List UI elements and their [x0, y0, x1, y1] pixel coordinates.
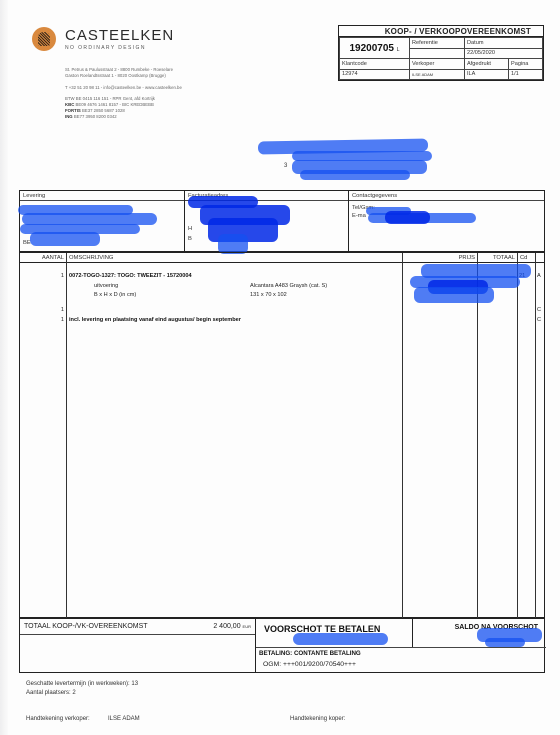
row-2-cd: C	[537, 307, 541, 314]
klantcode-label: Klantcode	[340, 59, 410, 70]
bank-ing: ING BE77 3950 8200 0342	[65, 114, 182, 120]
redaction-facturatie	[218, 234, 248, 254]
items-table: AANTAL OMSCHRIJVING PRIJS TOTAAL Cd 1 00…	[19, 252, 545, 618]
col-prijs: PRIJS	[404, 253, 477, 263]
company-logo: CASTEELKEN NO ORDINARY DESIGN	[32, 27, 174, 51]
company-details: St. Petrus & Paulusstraat 2 - 8800 Rumbe…	[65, 67, 182, 120]
redaction-addressee	[300, 170, 410, 180]
verkoper-label: Verkoper	[410, 59, 465, 70]
pagina-label: Pagina	[509, 59, 543, 70]
referentie-label: Referentie	[410, 38, 465, 49]
col-totaal: TOTAAL	[479, 253, 517, 263]
levering-label: Levering	[20, 191, 184, 201]
row-1-aantal: 1	[20, 273, 64, 280]
redaction-voorschot	[293, 633, 388, 645]
klantcode-value: 12974	[340, 69, 410, 80]
seller-name: ILSE ADAM	[108, 716, 140, 722]
page-edge-shadow	[0, 0, 8, 735]
seller-signature-label: Handtekening verkoper:	[26, 716, 90, 722]
company-name: CASTEELKEN	[65, 28, 174, 43]
row-1-detail-value: 131 x 70 x 102	[250, 292, 287, 299]
afgedrukt-value: ILA	[465, 69, 509, 80]
company-address-1: St. Petrus & Paulusstraat 2 - 8800 Rumbe…	[65, 67, 182, 73]
column-divider	[402, 253, 403, 619]
verkoper-value: ILSE ADAM	[410, 69, 465, 80]
column-divider	[477, 253, 478, 619]
col-cd: Cd	[520, 253, 527, 263]
row-3-aantal: 1	[20, 317, 64, 324]
afgedrukt-label: Afgedrukt	[465, 59, 509, 70]
company-address-2: Gaston Roelandtsstraat 1 - 8020 Oostkamp…	[65, 73, 182, 79]
document-page: CASTEELKEN NO ORDINARY DESIGN St. Petrus…	[0, 0, 560, 735]
datum-label: Datum	[465, 38, 543, 49]
items-table-header: AANTAL OMSCHRIJVING PRIJS TOTAAL Cd	[20, 253, 544, 263]
row-3-omschrijving: incl. levering en plaatsing vanaf eind a…	[69, 317, 241, 324]
col-omschrijving: OMSCHRIJVING	[69, 253, 113, 263]
total-amount: 2 400,00 EUR	[213, 619, 251, 635]
row-1-omschrijving: 0072-TOGO-1327: TOGO: TWEEZIT - 15720004	[69, 273, 192, 280]
pagina-value: 1/1	[509, 69, 543, 80]
col-aantal: AANTAL	[22, 253, 64, 263]
row-1-cd: A	[537, 273, 541, 280]
buyer-signature-label: Handtekening koper:	[290, 716, 345, 722]
total-row: TOTAAL KOOP-/VK-OVEREENKOMST 2 400,00 EU…	[20, 619, 255, 635]
row-1-detail-label: uitvoering	[94, 283, 118, 290]
contract-info-box: KOOP- / VERKOOPOVEREENKOMST 19200705 L R…	[338, 25, 544, 81]
referentie-value	[410, 48, 465, 59]
contact-label: Contactgegevens	[349, 191, 544, 201]
facturatie-fragment: B	[185, 235, 192, 243]
row-1-detail-value: Alcantara A483 Graysh (cat. S)	[250, 283, 327, 290]
addressee-fragment: 3	[284, 163, 287, 169]
facturatie-fragment: H	[185, 225, 192, 233]
row-3-cd: C	[537, 317, 541, 324]
contract-title: KOOP- / VERKOOPOVEREENKOMST	[339, 26, 543, 37]
column-divider	[535, 253, 536, 619]
redaction-contact	[385, 211, 430, 224]
installers-count: Aantal plaatsers: 2	[26, 690, 76, 696]
redaction-price	[414, 287, 494, 303]
redaction-saldo	[485, 638, 525, 647]
logo-emblem-icon	[32, 27, 56, 51]
row-1-detail-label: B x H x D (in cm)	[94, 292, 136, 299]
datum-value: 22/05/2020	[465, 48, 543, 59]
total-label: TOTAAL KOOP-/VK-OVEREENKOMST	[24, 623, 148, 630]
row-2-aantal: 1	[20, 307, 64, 314]
delivery-term: Geschatte levertermijn (in werkweken): 1…	[26, 681, 138, 687]
totals-section: TOTAAL KOOP-/VK-OVEREENKOMST 2 400,00 EU…	[19, 618, 545, 673]
redaction-levering	[30, 232, 100, 246]
payment-method: BETALING: CONTANTE BETALING	[259, 648, 546, 660]
column-divider	[517, 253, 518, 619]
contract-number: 19200705 L	[340, 38, 410, 59]
column-divider	[66, 253, 67, 619]
company-contact: T +32 51 20 98 11 - info@casteelken.be -…	[65, 85, 182, 91]
ogm-reference: OGM: +++001/9200/70540+++	[259, 660, 546, 669]
company-tagline: NO ORDINARY DESIGN	[65, 45, 174, 51]
payment-info: BETALING: CONTANTE BETALING OGM: +++001/…	[256, 647, 546, 674]
